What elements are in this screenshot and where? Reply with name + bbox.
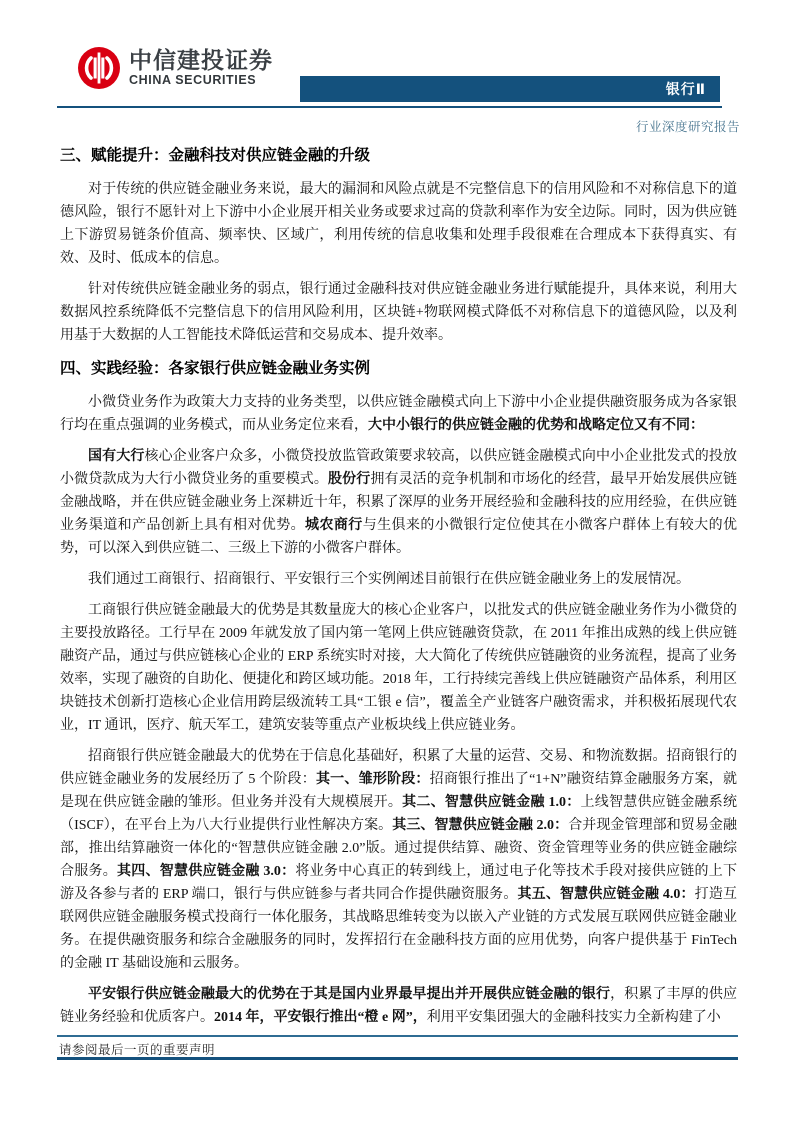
emphasis-text: 国有大行 [88,449,144,464]
report-body: 三、赋能提升：金融科技对供应链金融的升级对于传统的供应链金融业务来说，最大的漏洞… [60,146,737,1029]
paragraph: 小微贷业务作为政策大力支持的业务类型，以供应链金融模式向上下游中小企业提供融资服… [60,391,737,437]
emphasis-text: 其四、智慧供应链金融 3.0： [117,864,295,879]
body-text: 针对传统供应链金融业务的弱点，银行通过金融科技对供应链金融业务进行赋能提升，具体… [60,282,737,343]
report-type-label: 行业深度研究报告 [57,117,740,135]
emphasis-text: 其五、智慧供应链金融 4.0： [518,887,695,902]
brand-name-en: CHINA SECURITIES [129,73,273,88]
report-page: 中信建投证券 CHINA SECURITIES 银行Ⅱ 行业深度研究报告 三、赋… [0,0,793,1122]
emphasis-text: 平安银行供应链金融最大的优势在于其是国内业界最早提出并开展供应链金融的银行 [88,987,610,1002]
industry-label: 银行Ⅱ [666,79,706,99]
emphasis-text: 其二、智慧供应链金融 1.0： [402,795,580,810]
paragraph: 我们通过工商银行、招商银行、平安银行三个实例阐述目前银行在供应链金融业务上的发展… [60,568,737,591]
emphasis-text: 股份行 [328,472,370,487]
header-divider [57,106,722,108]
emphasis-text: 其一、雏形阶段： [316,772,430,787]
emphasis-text: 2014 年，平安银行推出“橙 e 网”， [214,1010,427,1025]
paragraph: 对于传统的供应链金融业务来说，最大的漏洞和风险点就是不完整信息下的信用风险和不对… [60,178,737,270]
body-text: 工商银行供应链金融最大的优势是其数量庞大的核心企业客户，以批发式的供应链金融业务… [60,603,737,733]
paragraph: 针对传统供应链金融业务的弱点，银行通过金融科技对供应链金融业务进行赋能提升，具体… [60,278,737,347]
emphasis-text: 城农商行 [305,518,363,533]
company-logo-icon [77,46,121,90]
paragraph: 平安银行供应链金融最大的优势在于其是国内业界最早提出并开展供应链金融的银行，积累… [60,983,737,1029]
footer-divider-bottom [57,1057,738,1060]
brand: 中信建投证券 CHINA SECURITIES [77,46,273,90]
paragraph: 招商银行供应链金融最大的优势在于信息化基础好，积累了大量的运营、交易、和物流数据… [60,745,737,975]
body-text: 我们通过工商银行、招商银行、平安银行三个实例阐述目前银行在供应链金融业务上的发展… [88,572,690,587]
footer-disclaimer: 请参阅最后一页的重要声明 [59,1040,215,1058]
paragraph: 国有大行核心企业客户众多，小微贷投放监管政策要求较高，以供应链金融模式向中小企业… [60,445,737,560]
brand-name-cn: 中信建投证券 [129,48,273,73]
section-heading: 三、赋能提升：金融科技对供应链金融的升级 [60,146,737,166]
emphasis-text: 大中小银行的供应链金融的优势和战略定位又有不同： [368,418,704,433]
industry-bar: 银行Ⅱ [300,76,720,102]
paragraph: 工商银行供应链金融最大的优势是其数量庞大的核心企业客户，以批发式的供应链金融业务… [60,599,737,737]
body-text: 利用平安集团强大的金融科技实力全新构建了小 [427,1010,721,1025]
section-heading: 四、实践经验：各家银行供应链金融业务实例 [60,359,737,379]
emphasis-text: 其三、智慧供应链金融 2.0： [392,818,568,833]
body-text: 对于传统的供应链金融业务来说，最大的漏洞和风险点就是不完整信息下的信用风险和不对… [60,182,737,266]
footer-divider-top [57,1035,738,1037]
brand-text: 中信建投证券 CHINA SECURITIES [129,48,273,88]
